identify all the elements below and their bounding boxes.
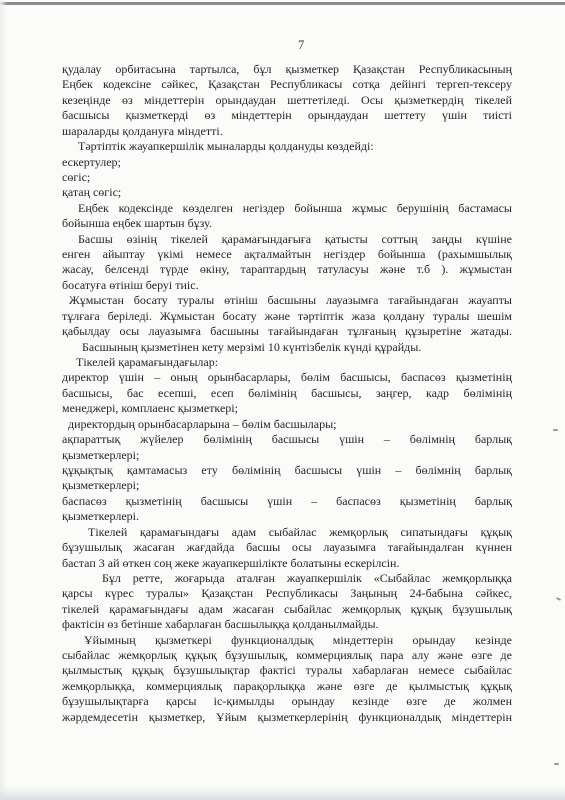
text-line: құқықтық қамтамасыз ету бөлімінің басшыс… (62, 463, 512, 478)
scan-speck (554, 763, 559, 765)
text-line: қатаң сөгіс; (62, 185, 512, 200)
text-line: қылмыстық құқық бұзушылықтар фактісі тур… (62, 663, 512, 678)
document-body: қудалау орбитасына тартылса, бұл қызметк… (62, 62, 512, 725)
text-line: қарсы күрес туралы» Қазақстан Республика… (62, 586, 512, 601)
text-line: жәрдемдесетін қызметкер, Ұйым қызметкерл… (62, 710, 512, 725)
text-line: бастап 3 ай өткен соң жеке жауапкершілік… (62, 556, 512, 571)
text-line: Бұл ретте, жоғарыда аталған жауапкершілі… (62, 571, 512, 586)
text-line: жемқорлыққа, коммерциялық парақорлыққа ж… (62, 679, 512, 694)
text-line: басшысы, бас есепші, есеп бөлімінің басш… (62, 386, 512, 401)
text-line: директордың орынбасарларына – бөлім басш… (62, 417, 512, 432)
text-line: жасау, белсенді түрде өкіну, тараптардың… (62, 262, 512, 277)
text-line: басшысы қызметкерді өз міндеттерін орынд… (62, 108, 512, 123)
page-number: 7 (298, 38, 304, 53)
text-line: қызметкерлері; (62, 478, 512, 493)
text-line: ақпараттық жүйелер бөлімінің басшысы үші… (62, 432, 512, 447)
text-line: менеджері, комплаенс қызметкері; (62, 401, 512, 416)
text-line: баспасөз қызметінің басшысы үшін – баспа… (62, 494, 512, 509)
text-line: тұлғаға беріледі. Жұмыстан босату және т… (62, 309, 512, 324)
text-line: ескертулер; (62, 155, 512, 170)
text-line: босатуға өтініш беруі тиіс. (62, 278, 512, 293)
text-line: бұзушылықтарға қарсы іс-қимылды орындау … (62, 694, 512, 709)
text-line: қабылдау осы лауазымға басшыны тағайында… (62, 324, 512, 339)
text-line: енген айыптау үкімі немесе ақталмайтын н… (62, 247, 512, 262)
scan-edge-bottom (0, 786, 565, 800)
text-line: Басшының қызметінен кету мерзімі 10 күнт… (62, 340, 512, 355)
scan-speck (556, 597, 561, 601)
scan-speck (553, 429, 558, 431)
text-line: Жұмыстан босату туралы өтініш басшыны ла… (62, 293, 512, 308)
text-line: Басшы өзінің тікелей қарамағындағыға қат… (62, 232, 512, 247)
text-line: қудалау орбитасына тартылса, бұл қызметк… (62, 62, 512, 77)
scan-edge-left (0, 0, 7, 800)
text-line: тікелей қарамағындағы адам жасаған сыбай… (62, 602, 512, 617)
scanned-page: 7 қудалау орбитасына тартылса, бұл қызме… (0, 0, 565, 800)
text-line: бұзушылық жасаған жағдайда басшы осы лау… (62, 540, 512, 555)
text-line: директор үшін – оның орынбасарлары, бөлі… (62, 370, 512, 385)
text-line: кезеңінде өз міндеттерін орындаудан шетт… (62, 93, 512, 108)
text-line: сыбайлас жемқорлық құқық бұзушылық, комм… (62, 648, 512, 663)
text-line: сөгіс; (62, 170, 512, 185)
text-line: қызметкерлері; (62, 448, 512, 463)
text-line: фактісін өз бетінше хабарлаған басшылыққ… (62, 617, 512, 632)
text-line: Еңбек кодексіне сәйкес, Қазақстан Респуб… (62, 77, 512, 92)
text-line: Тікелей қарамағындағылар: (62, 355, 512, 370)
text-line: Тәртіптік жауапкершілік мыналарды қолдан… (62, 139, 512, 154)
text-line: бойынша еңбек шартын бұзу. (62, 216, 512, 231)
scan-edge-top (0, 2, 565, 5)
text-line: шараларды қолдануға міндетті. (62, 124, 512, 139)
text-line: Тікелей қарамағындағы адам сыбайлас жемқ… (62, 525, 512, 540)
text-line: Ұйымның қызметкері функционалдық міндетт… (62, 633, 512, 648)
text-line: Еңбек кодексінде көзделген негіздер бойы… (62, 201, 512, 216)
text-line: қызметкерлері. (62, 509, 512, 524)
